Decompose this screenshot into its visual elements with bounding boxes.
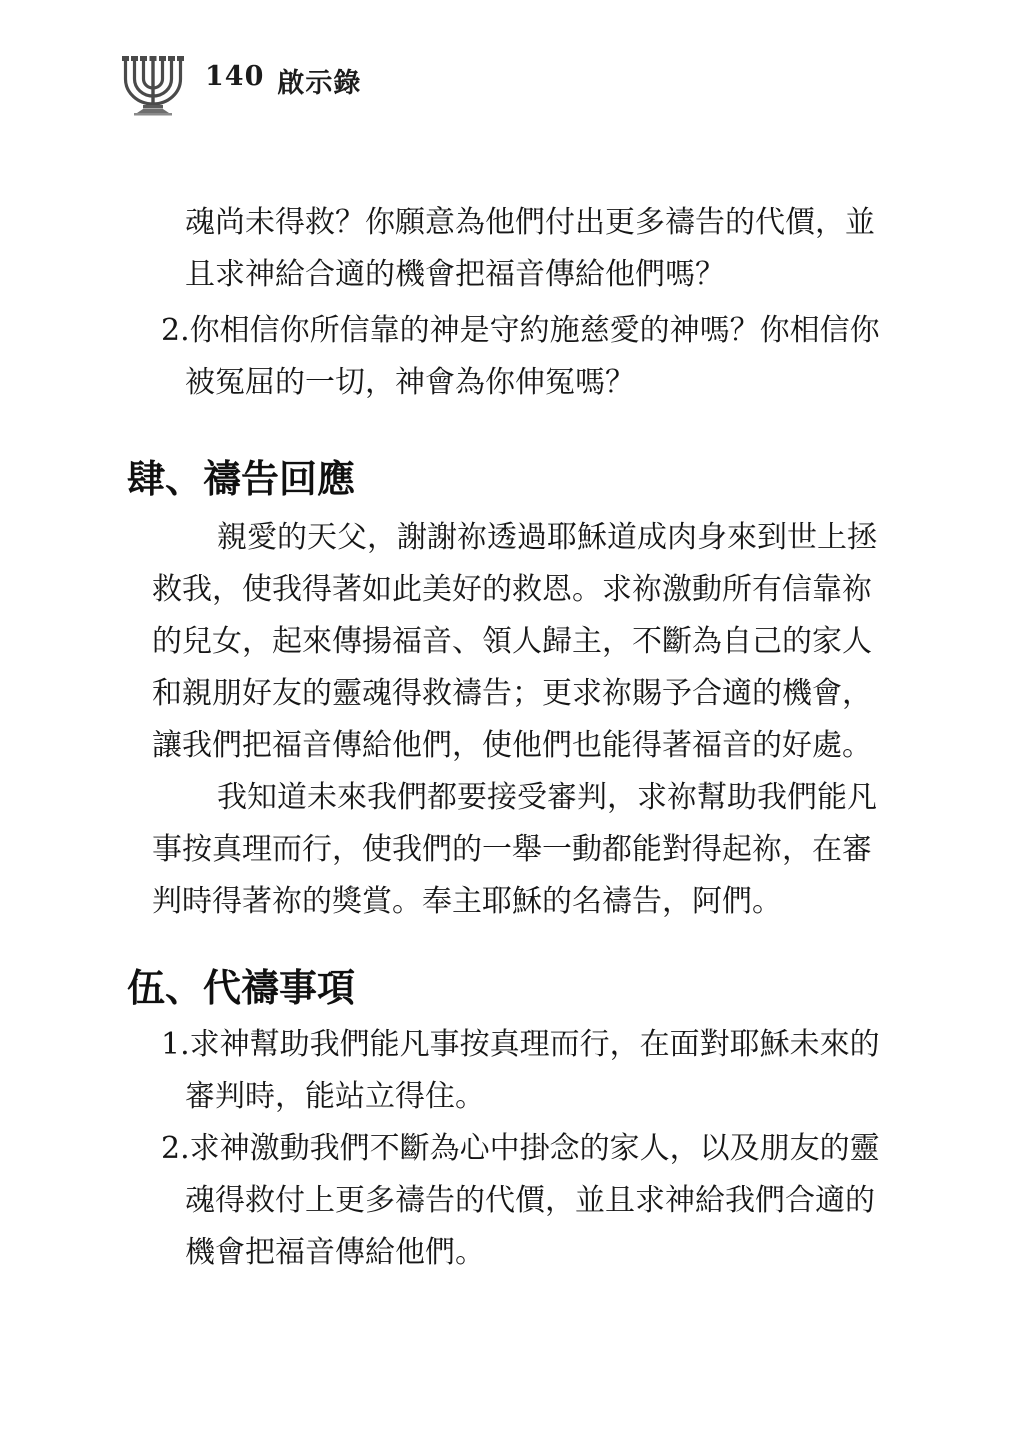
list-item-text: 求神激動我們不斷為心中掛念的家人，以及朋友的靈 bbox=[190, 1131, 880, 1166]
text-line: 判時得著祢的獎賞。奉主耶穌的名禱告，阿們。 bbox=[127, 876, 873, 928]
text-line: 我知道未來我們都要接受審判，求祢幫助我們能凡 bbox=[127, 772, 873, 824]
text-line: 且求神給合適的機會把福音傳給他們嗎？ bbox=[127, 249, 873, 301]
text-line: 讓我們把福音傳給他們，使他們也能得著福音的好處。 bbox=[127, 720, 873, 772]
book-page: 140 啟示錄 魂尚未得救？你願意為他們付出更多禱告的代價，並 且求神給合適的機… bbox=[0, 0, 1024, 1438]
list-item-line: 1.求神幫助我們能凡事按真理而行，在面對耶穌未來的 bbox=[127, 1019, 873, 1071]
section-heading-intercession: 伍、代禱事項 bbox=[127, 966, 873, 1010]
question-1-continuation: 魂尚未得救？你願意為他們付出更多禱告的代價，並 且求神給合適的機會把福音傳給他們… bbox=[127, 197, 873, 301]
menorah-icon bbox=[116, 53, 190, 119]
text-line: 事按真理而行，使我們的一舉一動都能對得起祢，在審 bbox=[127, 824, 873, 876]
intercession-item-2: 2.求神激動我們不斷為心中掛念的家人，以及朋友的靈 魂得救付上更多禱告的代價，並… bbox=[127, 1123, 873, 1279]
text-line: 親愛的天父，謝謝祢透過耶穌道成肉身來到世上拯 bbox=[127, 512, 873, 564]
list-item-line: 2.求神激動我們不斷為心中掛念的家人，以及朋友的靈 bbox=[127, 1123, 873, 1175]
page-content: 魂尚未得救？你願意為他們付出更多禱告的代價，並 且求神給合適的機會把福音傳給他們… bbox=[127, 197, 873, 1279]
text-line: 被冤屈的一切，神會為你伸冤嗎？ bbox=[127, 357, 873, 409]
list-item-text: 你相信你所信靠的神是守約施慈愛的神嗎？你相信你 bbox=[190, 313, 880, 348]
list-item-text: 求神幫助我們能凡事按真理而行，在面對耶穌未來的 bbox=[190, 1027, 880, 1062]
text-line: 審判時，能站立得住。 bbox=[127, 1071, 873, 1123]
text-line: 魂得救付上更多禱告的代價，並且求神給我們合適的 bbox=[127, 1175, 873, 1227]
text-line: 的兒女，起來傳揚福音、領人歸主，不斷為自己的家人 bbox=[127, 616, 873, 668]
list-item-line: 2.你相信你所信靠的神是守約施慈愛的神嗎？你相信你 bbox=[127, 305, 873, 357]
page-number: 140 bbox=[205, 61, 264, 100]
prayer-paragraph-1: 親愛的天父，謝謝祢透過耶穌道成肉身來到世上拯 救我，使我得著如此美好的救恩。求祢… bbox=[127, 512, 873, 772]
text-line: 魂尚未得救？你願意為他們付出更多禱告的代價，並 bbox=[127, 197, 873, 249]
book-title: 啟示錄 bbox=[277, 61, 361, 100]
text-line: 救我，使我得著如此美好的救恩。求祢激動所有信靠祢 bbox=[127, 564, 873, 616]
intercession-item-1: 1.求神幫助我們能凡事按真理而行，在面對耶穌未來的 審判時，能站立得住。 bbox=[127, 1019, 873, 1123]
text-line: 機會把福音傳給他們。 bbox=[127, 1227, 873, 1279]
text-line: 和親朋好友的靈魂得救禱告；更求祢賜予合適的機會， bbox=[127, 668, 873, 720]
list-item-number: 1. bbox=[161, 1019, 190, 1071]
question-2: 2.你相信你所信靠的神是守約施慈愛的神嗎？你相信你 被冤屈的一切，神會為你伸冤嗎… bbox=[127, 305, 873, 409]
section-heading-prayer-response: 肆、禱告回應 bbox=[127, 457, 873, 501]
list-item-number: 2. bbox=[161, 305, 190, 357]
list-item-number: 2. bbox=[161, 1123, 190, 1175]
running-header: 140 啟示錄 bbox=[205, 61, 361, 100]
prayer-paragraph-2: 我知道未來我們都要接受審判，求祢幫助我們能凡 事按真理而行，使我們的一舉一動都能… bbox=[127, 772, 873, 928]
